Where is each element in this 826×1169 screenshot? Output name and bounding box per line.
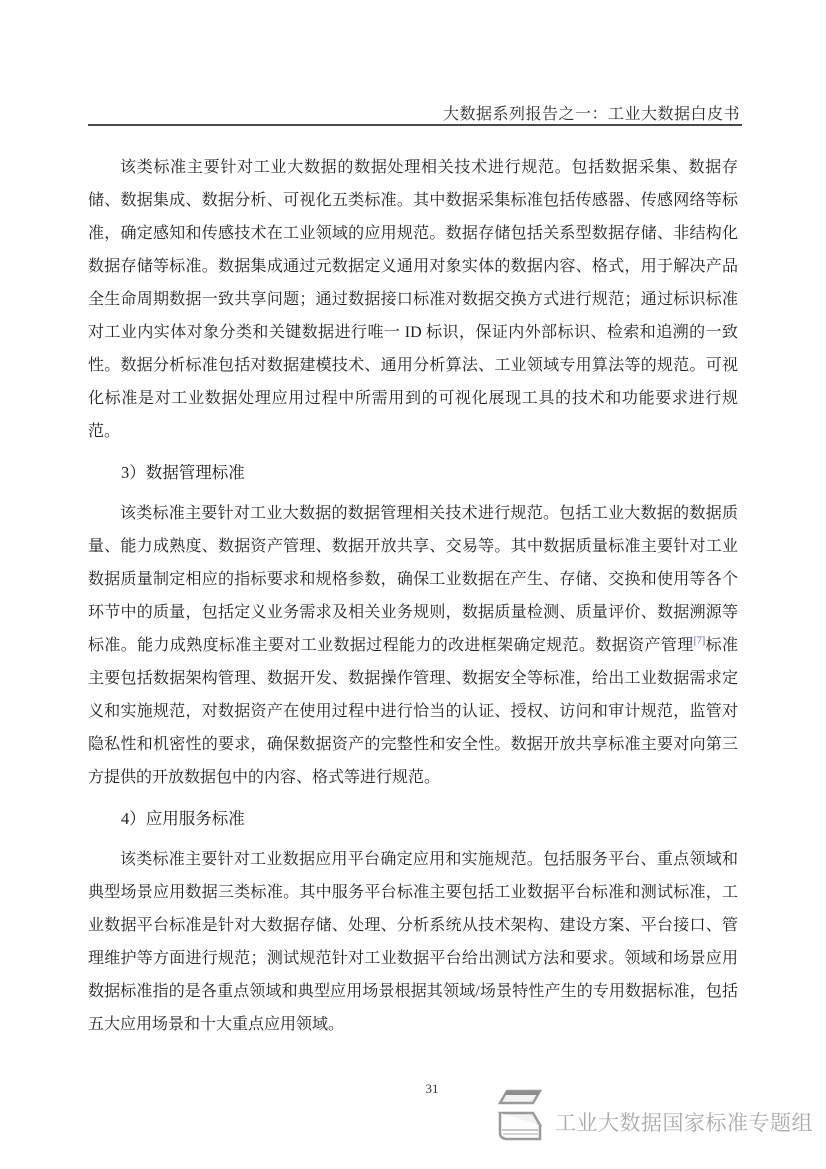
section-heading-data-management: 3）数据管理标准 [88,456,738,489]
document-page: 大数据系列报告之一：工业大数据白皮书 该类标准主要针对工业大数据的数据处理相关技… [0,0,826,1169]
section-heading-application-service: 4）应用服务标准 [88,802,738,835]
watermark-text: 工业大数据国家标准专题组 [555,1097,813,1137]
document-body: 该类标准主要针对工业大数据的数据处理相关技术进行规范。包括数据采集、数据存储、数… [88,151,738,1041]
footnote-ref-7: [7] [694,636,706,647]
book-stack-icon [492,1086,546,1148]
paragraph-text-after-ref: 标准主要包括数据架构管理、数据开发、数据操作管理、数据安全等标准，给出工业数据需… [88,637,738,786]
paragraph-data-processing-standards: 该类标准主要针对工业大数据的数据处理相关技术进行规范。包括数据采集、数据存储、数… [88,151,738,448]
footer-watermark: 工业大数据国家标准专题组 [492,1086,813,1148]
header-rule [88,124,742,126]
paragraph-text-before-ref: 该类标准主要针对工业大数据的数据管理相关技术进行规范。包括工业大数据的数据质量、… [88,505,738,654]
paragraph-application-service-standards: 该类标准主要针对工业数据应用平台确定应用和实施规范。包括服务平台、重点领域和典型… [88,843,738,1041]
page-header-title: 大数据系列报告之一：工业大数据白皮书 [443,101,740,124]
paragraph-data-management-standards: 该类标准主要针对工业大数据的数据管理相关技术进行规范。包括工业大数据的数据质量、… [88,497,738,794]
